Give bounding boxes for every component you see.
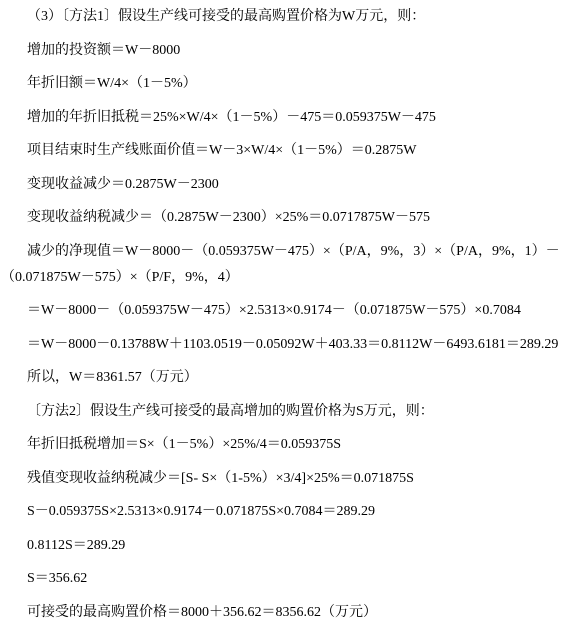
solution-line-added-investment: 增加的投资额＝W－8000 — [0, 38, 580, 64]
solution-line-npv-expanded: ＝W－8000－（0.059375W－475）×2.5313×0.9174－（0… — [0, 298, 580, 324]
solution-line-liquidation-income-decrease: 变现收益减少＝0.2875W－2300 — [0, 172, 580, 198]
solution-line-annual-depreciation: 年折旧额＝W/4×（1－5%） — [0, 71, 580, 97]
solution-line-npv-decrease-part2: （0.071875W－575）×（P/F，9%，4） — [0, 265, 580, 291]
solution-document: （3）〔方法1〕假设生产线可接受的最高购置价格为W万元，则： 增加的投资额＝W－… — [0, 0, 580, 626]
solution-line-npv-solved: ＝W－8000－0.13788W＋1103.0519－0.05092W＋403.… — [0, 332, 580, 358]
solution-line-s-result: S＝356.62 — [0, 566, 580, 592]
solution-line-s-equation: S－0.059375S×2.5313×0.9174－0.071875S×0.70… — [0, 499, 580, 525]
solution-line-depreciation-tax-shield: 增加的年折旧抵税＝25%×W/4×（1－5%）－475＝0.059375W－47… — [0, 105, 580, 131]
solution-line-salvage-tax-decrease: 残值变现收益纳税减少＝[S- S×（1-5%）×3/4]×25%＝0.07187… — [0, 466, 580, 492]
solution-line-method1-header: （3）〔方法1〕假设生产线可接受的最高购置价格为W万元，则： — [0, 4, 580, 30]
solution-line-w-result: 所以，W＝8361.57（万元） — [0, 365, 580, 391]
solution-line-liquidation-tax-decrease: 变现收益纳税减少＝（0.2875W－2300）×25%＝0.0717875W－5… — [0, 205, 580, 231]
solution-line-final-answer: 可接受的最高购置价格＝8000＋356.62＝8356.62（万元） — [0, 600, 580, 626]
solution-line-method2-header: 〔方法2〕假设生产线可接受的最高增加的购置价格为S万元，则： — [0, 399, 580, 425]
solution-line-book-value: 项目结束时生产线账面价值＝W－3×W/4×（1－5%）＝0.2875W — [0, 138, 580, 164]
solution-line-npv-decrease-part1: 减少的净现值＝W－8000－（0.059375W－475）×（P/A，9%，3）… — [0, 239, 580, 265]
solution-line-depreciation-tax-increase: 年折旧抵税增加＝S×（1－5%）×25%/4＝0.059375S — [0, 432, 580, 458]
solution-line-s-simplified: 0.8112S＝289.29 — [0, 533, 580, 559]
